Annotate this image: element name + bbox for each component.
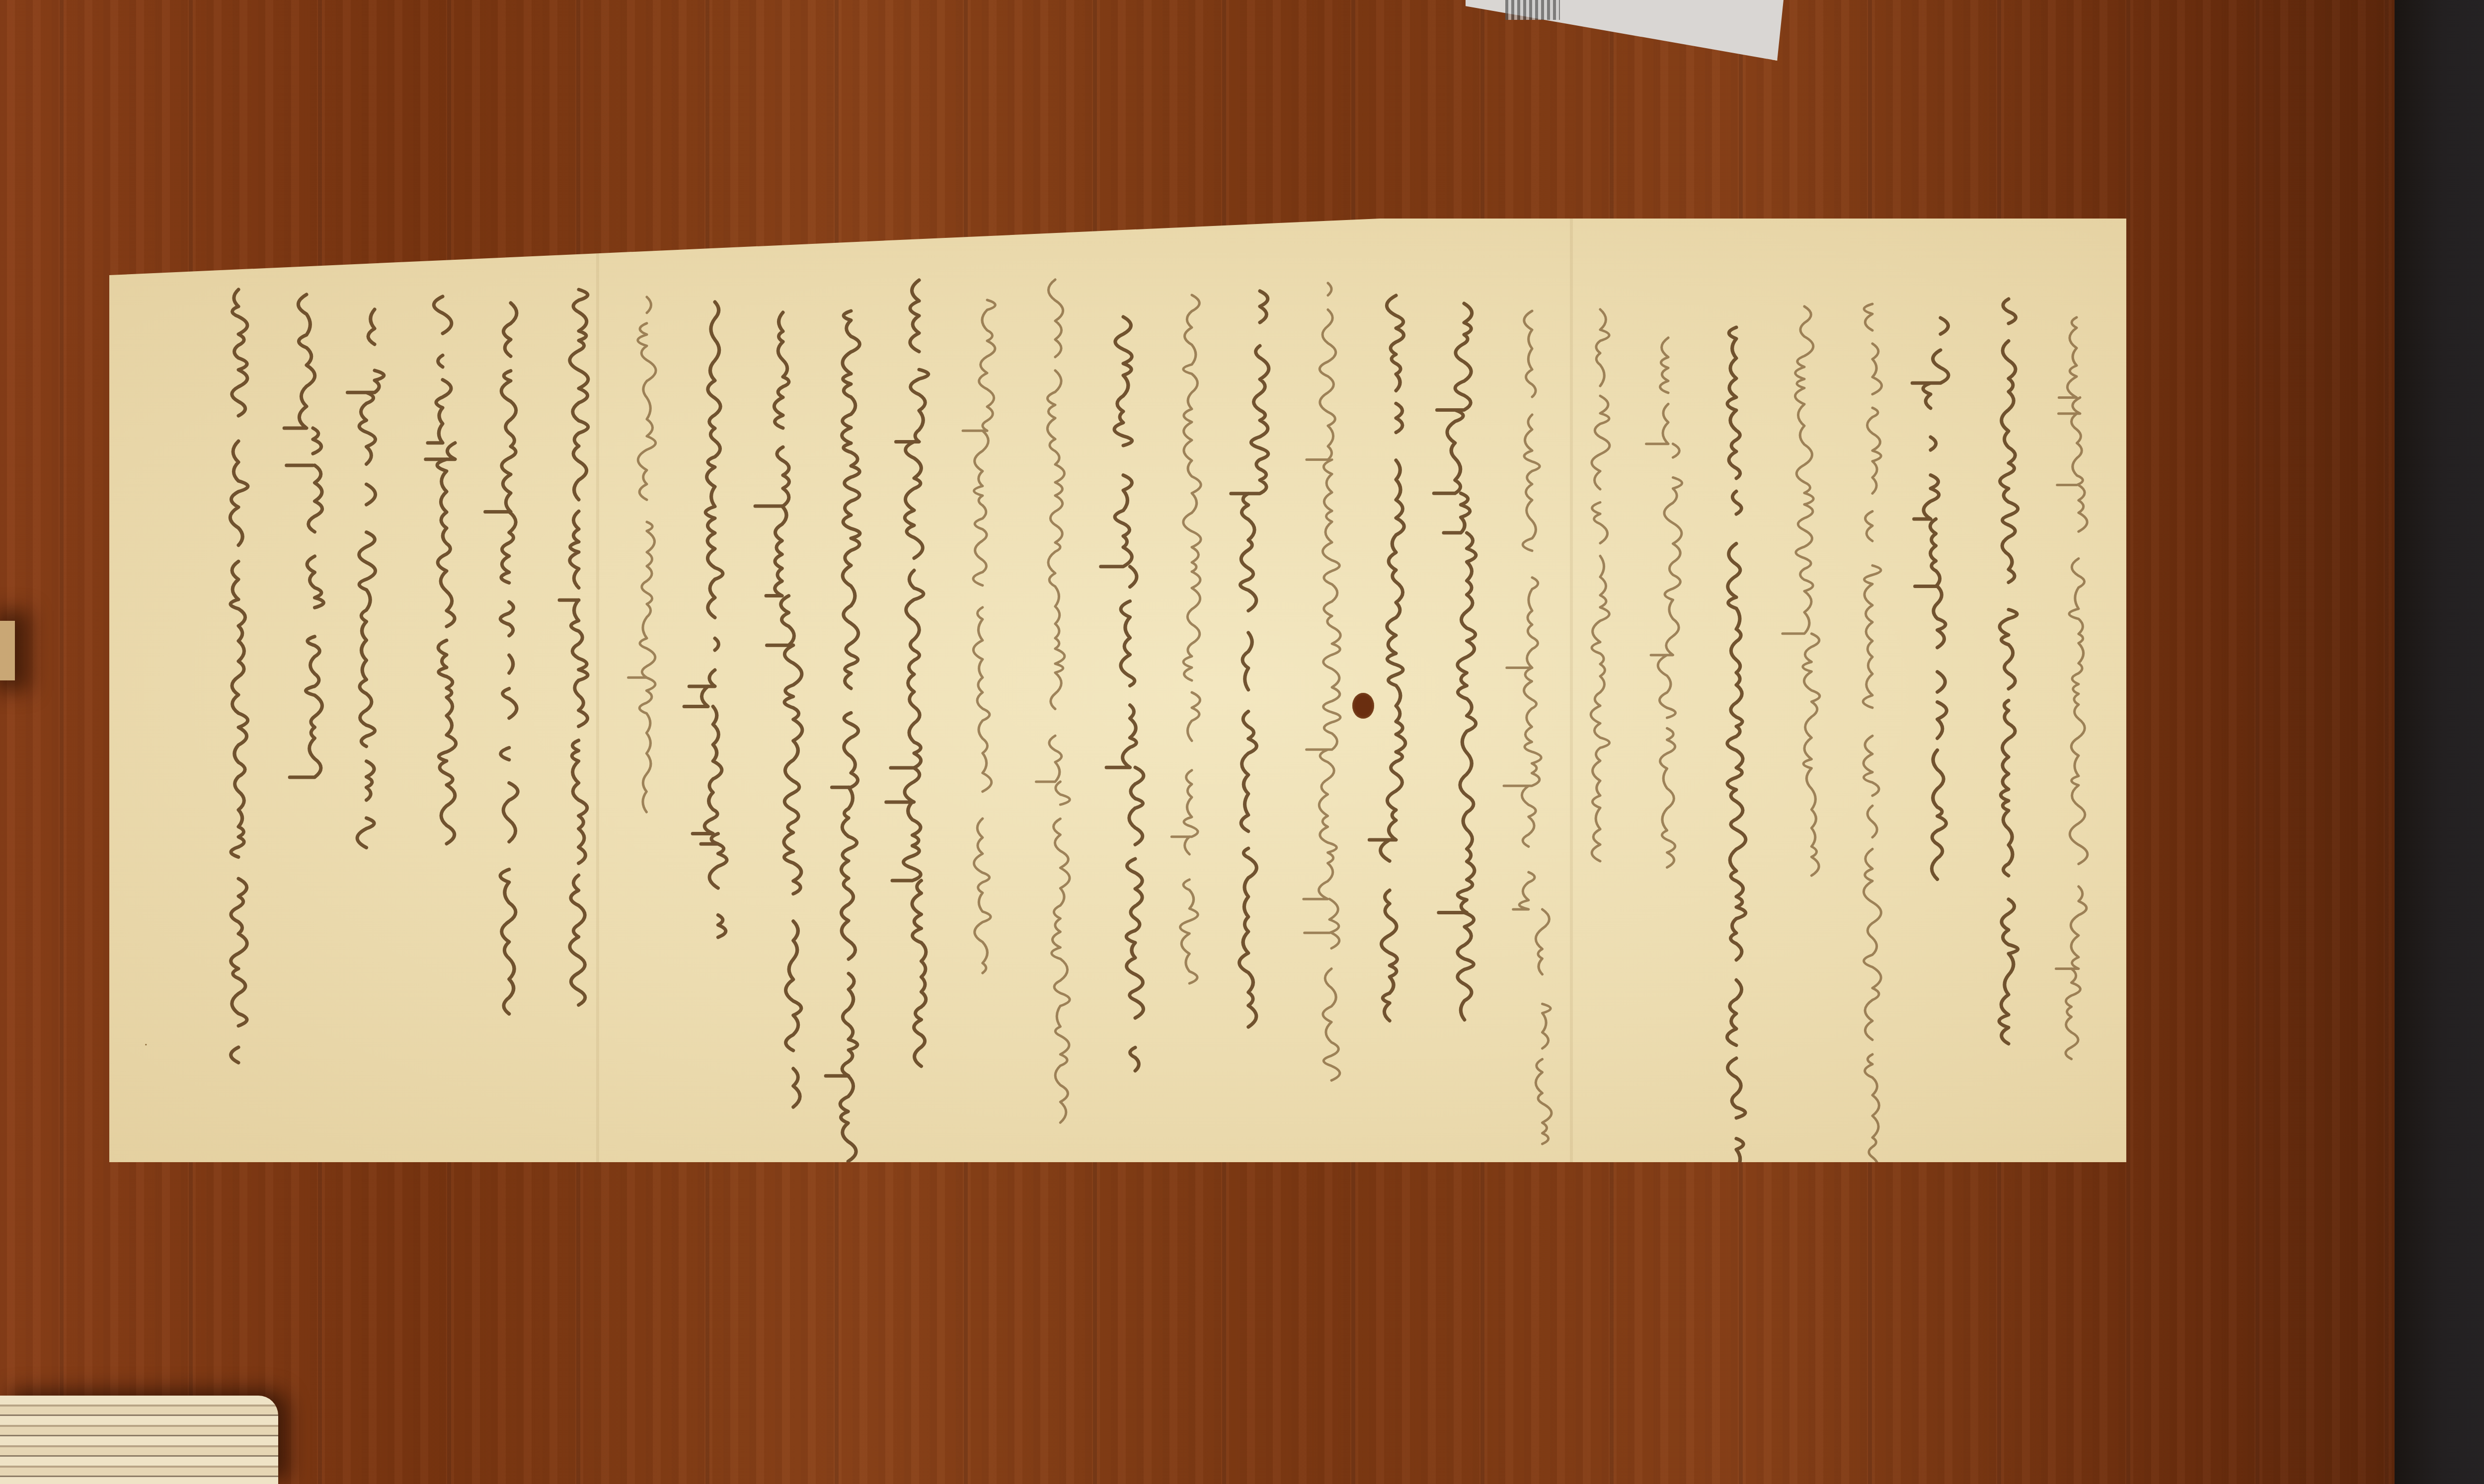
- ink-stroke-icon: [564, 290, 599, 1021]
- handwriting-line: [1653, 338, 1688, 892]
- ink-stroke-icon: [1177, 295, 1212, 971]
- handwriting-line: [1926, 318, 1960, 872]
- handwriting-line: [1245, 291, 1280, 1015]
- handwriting-line: [700, 302, 735, 929]
- handwriting-line: [1040, 280, 1075, 1120]
- ink-stroke-icon: [2062, 317, 2096, 1054]
- manuscript-leaf: Single leaf of cursive handwriting in br…: [109, 219, 2126, 1162]
- handwriting-line: [1517, 311, 1552, 1131]
- ink-stroke-icon: [1858, 304, 1892, 1184]
- ink-stroke-icon: [1313, 283, 1348, 1090]
- handwriting-line: [292, 295, 326, 775]
- ink-stroke-icon: [428, 297, 463, 849]
- paper-hole: [1352, 693, 1374, 719]
- paper-stack: [0, 1396, 278, 1484]
- handwriting-line: [1585, 309, 1620, 890]
- ink-stroke-icon: [1653, 338, 1688, 890]
- ink-stroke-icon: [1040, 280, 1075, 1118]
- handwriting-line: [904, 280, 939, 1079]
- ink-stroke-icon: [1245, 291, 1280, 1013]
- ink-stroke-icon: [1789, 306, 1824, 899]
- handwriting-line: [1313, 283, 1348, 1092]
- ink-stroke-icon: [224, 290, 258, 1051]
- handwriting-line: [1994, 299, 2028, 1029]
- handwriting-line: [836, 311, 871, 1169]
- ink-stroke-icon: [1585, 309, 1620, 889]
- top-paper-print: [1505, 0, 1560, 20]
- ink-stroke-icon: [1994, 299, 2028, 1027]
- ink-stroke-icon: [768, 312, 803, 1097]
- left-edge-bundle: [0, 621, 15, 680]
- handwriting-line: [2062, 317, 2096, 1056]
- ink-stroke-icon: [972, 300, 1007, 966]
- ink-stroke-icon: [1381, 296, 1416, 1013]
- page-mark: ·: [144, 1038, 148, 1052]
- ink-stroke-icon: [904, 280, 939, 1077]
- ink-stroke-icon: [292, 295, 326, 773]
- handwriting-line: [496, 303, 531, 992]
- handwriting-line: [224, 290, 258, 1053]
- handwriting-line: [1858, 304, 1892, 1186]
- handwriting-line: [972, 300, 1007, 968]
- ink-stroke-icon: [1108, 317, 1143, 1053]
- handwriting-line: [1449, 303, 1484, 1040]
- handwriting-line: [1721, 327, 1756, 1210]
- handwriting-line: [632, 297, 667, 811]
- ink-stroke-icon: [1926, 318, 1960, 870]
- ink-stroke-icon: [360, 309, 394, 818]
- handwriting-line: [360, 309, 394, 820]
- ink-stroke-icon: [1517, 311, 1552, 1129]
- ink-stroke-icon: [496, 303, 531, 990]
- handwriting-line: [768, 312, 803, 1099]
- handwriting-line: [1381, 296, 1416, 1015]
- handwriting-line: [564, 290, 599, 1023]
- handwriting-line: [1177, 295, 1212, 973]
- desk-edge-shadow: [2395, 0, 2484, 1484]
- ink-stroke-icon: [836, 311, 871, 1167]
- handwriting-line: [1108, 317, 1143, 1055]
- handwriting-line: [1789, 306, 1824, 901]
- ink-stroke-icon: [1721, 327, 1756, 1208]
- ink-stroke-icon: [632, 297, 667, 809]
- ink-stroke-icon: [1449, 303, 1484, 1039]
- ink-stroke-icon: [700, 302, 735, 927]
- handwriting-line: [428, 297, 463, 851]
